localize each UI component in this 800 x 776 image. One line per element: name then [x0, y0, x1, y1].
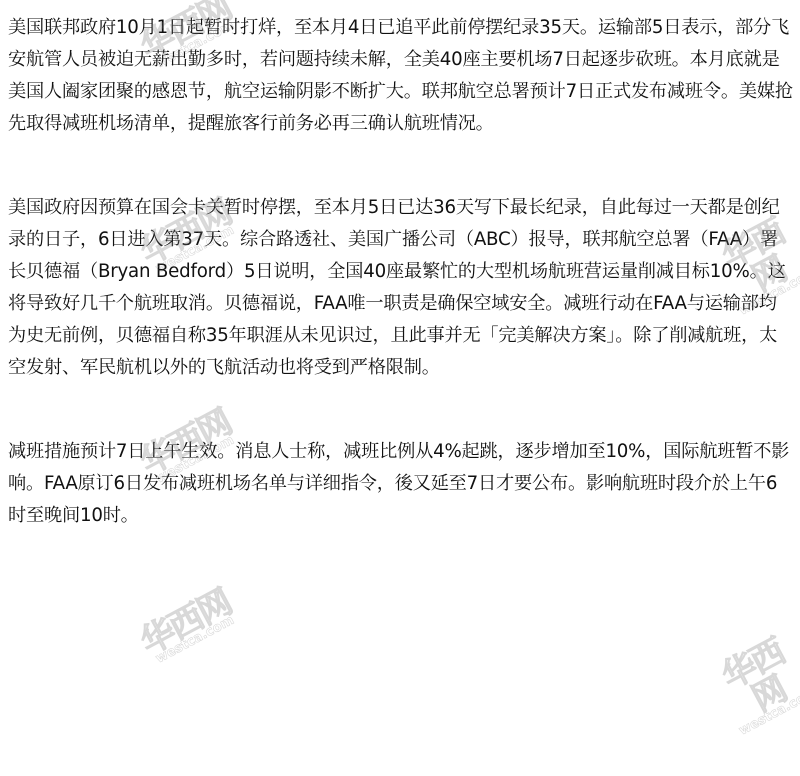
watermark-logo-text: 华西网 [707, 629, 800, 730]
article-paragraph-3: 减班措施预计7日上午生效。消息人士称，减班比例从4%起跳，逐步增加至10%，国际… [8, 436, 794, 532]
watermark-logo: 华西网 westca.com [136, 585, 241, 668]
watermark-logo: 华西网 westca.com [707, 629, 800, 738]
watermark-domain-text: westca.com [150, 611, 241, 668]
article-body: 美国联邦政府10月1日起暂时打烊，至本月4日已追平此前停摆纪录35天。运输部5日… [8, 12, 794, 532]
article-paragraph-2: 美国政府因预算在国会卡关暂时停摆，至本月5日已达36天写下最长纪录，自此每过一天… [8, 192, 794, 384]
watermark-logo-text: 华西网 [136, 585, 237, 660]
watermark-domain-text: westca.com [737, 686, 800, 738]
article-paragraph-1: 美国联邦政府10月1日起暂时打烊，至本月4日已追平此前停摆纪录35天。运输部5日… [8, 12, 794, 140]
